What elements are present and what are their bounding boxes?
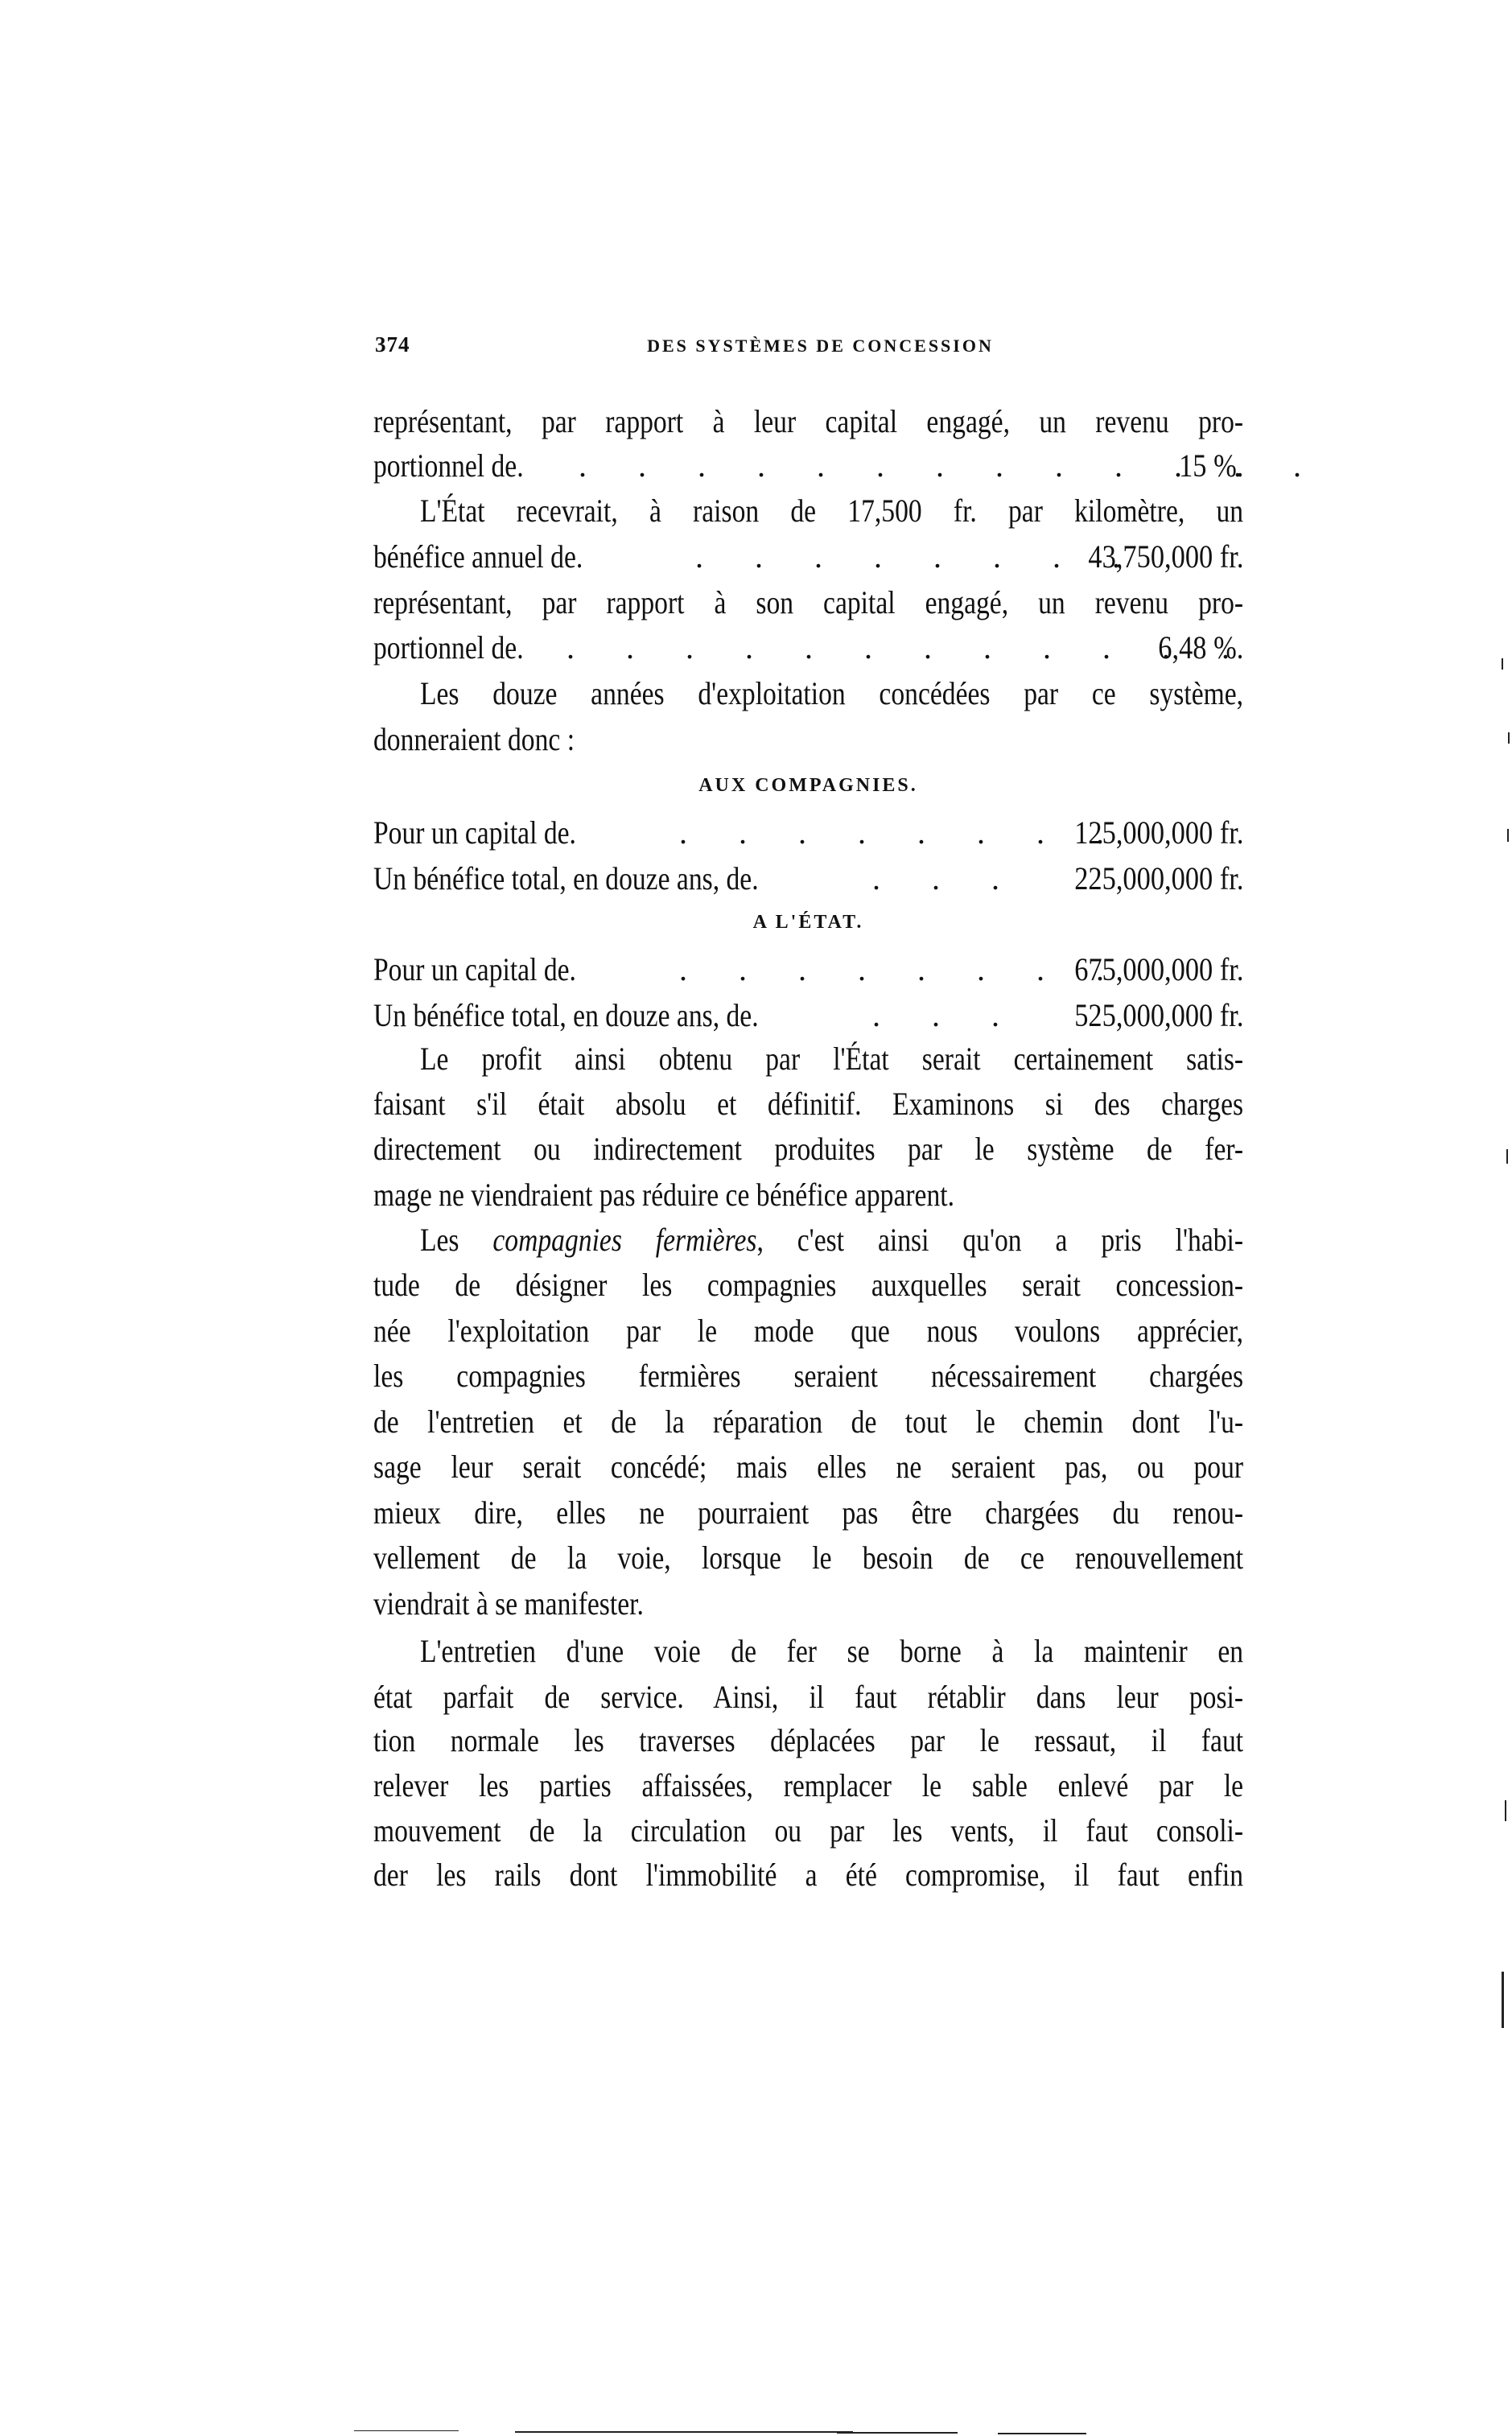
text-line: directement ou indirectement produites p…	[373, 1127, 1243, 1172]
text-fragment: Les	[420, 1222, 492, 1258]
section-heading-companies: AUX COMPAGNIES.	[373, 769, 1243, 802]
leader-label: portionnel de.	[373, 443, 524, 488]
leader-label: Pour un capital de.	[373, 947, 576, 992]
leader-dots: . . . . . . . .	[679, 810, 1126, 855]
scan-artifact	[998, 2433, 1086, 2434]
text-line: de l'entretien et de la réparation de to…	[373, 1399, 1243, 1445]
text-line: mouvement de la circulation ou par les v…	[373, 1808, 1243, 1853]
text-line: représentant, par rapport à son capital …	[373, 580, 1243, 625]
leader-line: portionnel de. . . . . . . . . . . . . 6…	[373, 625, 1243, 670]
text-line: mage ne viendraient pas réduire ce bénéf…	[373, 1173, 1104, 1218]
leader-label: Un bénéfice total, en douze ans, de.	[373, 993, 759, 1038]
text-line: L'entretien d'une voie de fer se borne à…	[373, 1629, 1243, 1674]
text-line: Le profit ainsi obtenu par l'État serait…	[373, 1037, 1243, 1082]
leader-value: 525,000,000 fr.	[1074, 993, 1243, 1038]
text-line: Les compagnies fermières, c'est ainsi qu…	[373, 1218, 1243, 1263]
scan-artifact	[354, 2430, 459, 2431]
text-line: der les rails dont l'immobilité a été co…	[373, 1853, 1243, 1898]
leader-value: 675,000,000 fr.	[1074, 947, 1243, 992]
leader-value: 15 %.	[1179, 443, 1243, 488]
text-line: donneraient donc :	[373, 717, 1104, 762]
text-line: née l'exploitation par le mode que nous …	[373, 1309, 1243, 1354]
leader-dots: . . . . . . . .	[695, 534, 1142, 579]
running-header: 374 DES SYSTÈMES DE CONCESSION	[373, 332, 1243, 365]
leader-line: Un bénéfice total, en douze ans, de. . .…	[373, 993, 1243, 1038]
leader-label: Pour un capital de.	[373, 810, 576, 855]
text-line: état parfait de service. Ainsi, il faut …	[373, 1675, 1243, 1720]
text-line: L'État recevrait, à raison de 17,500 fr.…	[373, 488, 1243, 534]
leader-value: 225,000,000 fr.	[1074, 856, 1243, 901]
leader-line: Pour un capital de. . . . . . . . . 675,…	[373, 947, 1243, 992]
text-line: les compagnies fermières seraient nécess…	[373, 1354, 1243, 1399]
running-title: DES SYSTÈMES DE CONCESSION	[373, 336, 1243, 357]
text-line: viendrait à se manifester.	[373, 1581, 1104, 1626]
scan-artifact	[837, 2432, 958, 2434]
scan-artifact	[515, 2431, 853, 2433]
leader-label: portionnel de.	[373, 625, 524, 670]
text-line: faisant s'il était absolu et définitif. …	[373, 1082, 1243, 1127]
leader-line: Un bénéfice total, en douze ans, de. . .…	[373, 856, 1243, 901]
leader-dots: . . .	[872, 856, 1021, 901]
text-line: Les douze années d'exploitation concédée…	[373, 671, 1243, 716]
text-fragment: , c'est ainsi qu'on a pris l'habi-	[756, 1222, 1243, 1258]
text-line: tude de désigner les compagnies auxquell…	[373, 1263, 1243, 1308]
section-heading-state: A L'ÉTAT.	[373, 906, 1243, 938]
leader-value: 125,000,000 fr.	[1074, 810, 1243, 855]
scan-artifact	[1507, 829, 1509, 842]
text-line: représentant, par rapport à leur capital…	[373, 399, 1243, 444]
leader-dots: . . .	[872, 993, 1021, 1038]
leader-line: portionnel de. . . . . . . . . . . . . .…	[373, 443, 1243, 488]
leader-line: Pour un capital de. . . . . . . . . 125,…	[373, 810, 1243, 855]
italic-term: compagnies fermières	[492, 1222, 756, 1258]
text-line: tion normale les traverses déplacées par…	[373, 1718, 1243, 1763]
scan-artifact	[1502, 658, 1503, 670]
text-line: vellement de la voie, lorsque le besoin …	[373, 1535, 1243, 1581]
scan-artifact	[1505, 1800, 1506, 1821]
leader-line: bénéfice annuel de. . . . . . . . . 43,7…	[373, 534, 1243, 579]
leader-label: Un bénéfice total, en douze ans, de.	[373, 856, 759, 901]
leader-value: 6,48 %.	[1158, 625, 1243, 670]
leader-value: 43,750,000 fr.	[1088, 534, 1243, 579]
text-line: mieux dire, elles ne pourraient pas être…	[373, 1490, 1243, 1535]
leader-label: bénéfice annuel de.	[373, 534, 583, 579]
leader-dots: . . . . . . . .	[679, 947, 1126, 992]
leader-dots: . . . . . . . . . . . .	[566, 625, 1251, 670]
text-line: relever les parties affaissées, remplace…	[373, 1763, 1243, 1808]
scan-artifact	[1502, 1972, 1504, 2028]
scan-artifact	[1508, 732, 1510, 744]
scan-artifact	[1506, 1149, 1508, 1164]
text-line: sage leur serait concédé; mais elles ne …	[373, 1445, 1243, 1490]
